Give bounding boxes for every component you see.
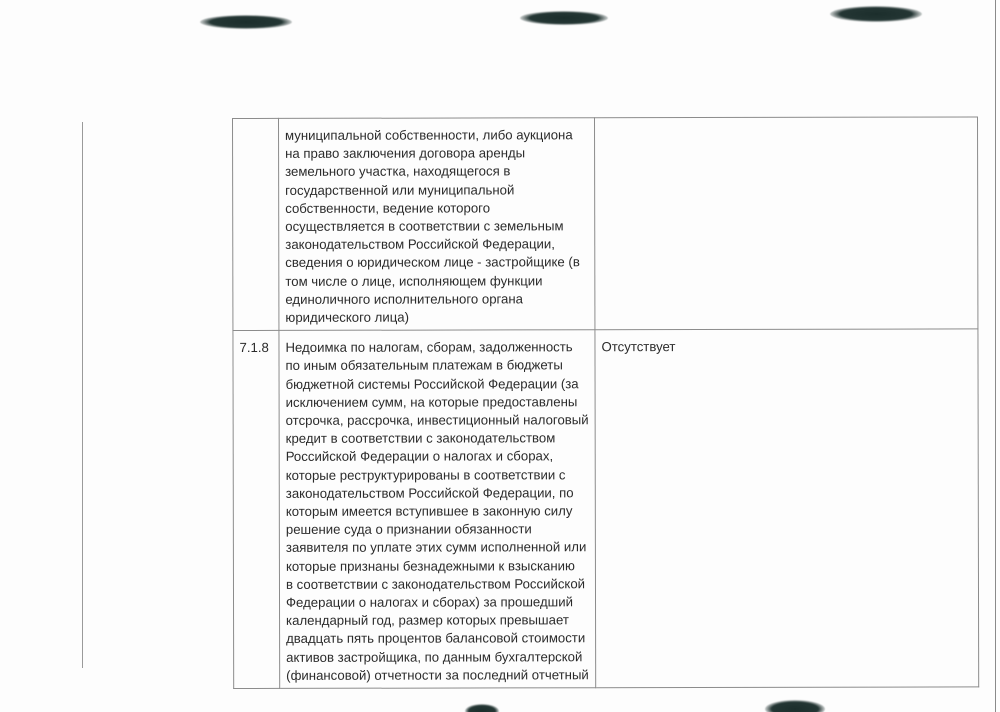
row-description: муниципальной собственности, либо аукцио… (279, 118, 595, 331)
description-line: которые признаны безнадежными к взыскани… (286, 557, 589, 576)
description-line: по иным обязательным платежам в бюджеты (286, 357, 589, 376)
description-line: которые реструктурированы в соответствии… (286, 466, 589, 485)
description-line: юридического лица) (285, 308, 588, 327)
description-line: которым имеется вступившее в законную си… (286, 502, 589, 521)
description-line: единоличного исполнительного органа (285, 290, 588, 309)
description-line: активов застройщика, по данным бухгалтер… (286, 648, 589, 667)
description-line: бюджетной системы Российской Федерации (… (286, 375, 589, 394)
description-line: заявителя по уплате этих сумм исполненно… (286, 539, 589, 558)
description-line: Федерации о налогах и сборах) за прошедш… (286, 593, 589, 612)
description-line: муниципальной собственности, либо аукцио… (285, 126, 588, 145)
description-line: Российской Федерации о налогах и сборах, (286, 448, 589, 467)
description-line: государственной или муниципальной (285, 181, 588, 200)
row-value: Отсутствует (595, 329, 979, 688)
scan-smudge (830, 6, 922, 22)
scan-smudge (200, 15, 292, 29)
row-number (233, 118, 279, 330)
row-value (595, 117, 978, 330)
description-line: законодательством Российской Федерации, (285, 235, 588, 254)
description-line: двадцать пять процентов балансовой стоим… (286, 630, 589, 649)
scan-smudge (520, 11, 608, 25)
scan-smudge (465, 704, 499, 712)
description-line: календарный год, размер которых превышае… (286, 612, 589, 631)
description-line: собственности, ведение которого (285, 199, 588, 218)
table-row: муниципальной собственности, либо аукцио… (233, 117, 978, 331)
description-line: кредит в соответствии с законодательство… (286, 430, 589, 449)
description-line: на право заключения договора аренды (285, 144, 588, 163)
description-line: решение суда о признании обязанности (286, 521, 589, 540)
description-line: земельного участка, находящегося в (285, 163, 588, 182)
description-line: в соответствии с законодательством Росси… (286, 575, 589, 594)
row-description: Недоимка по налогам, сборам, задолженнос… (279, 330, 596, 689)
document-table: муниципальной собственности, либо аукцио… (232, 116, 979, 689)
description-line: том числе о лице, исполняющем функции (285, 272, 588, 291)
description-line: (финансовой) отчетности за последний отч… (286, 666, 589, 685)
row-number: 7.1.8 (233, 331, 280, 689)
page-edge (995, 0, 996, 712)
description-line: сведения о юридическом лице - застройщик… (285, 254, 588, 273)
description-line: Недоимка по налогам, сборам, задолженнос… (285, 338, 588, 357)
description-line: исключением сумм, на которые предоставле… (286, 393, 589, 412)
description-line: законодательством Российской Федерации, … (286, 484, 589, 503)
description-line: отсрочка, рассрочка, инвестиционный нало… (286, 411, 589, 430)
description-line: осуществляется в соответствии с земельны… (285, 217, 588, 236)
page-margin-line (82, 122, 83, 668)
table-row: 7.1.8 Недоимка по налогам, сборам, задол… (233, 329, 979, 688)
scan-smudge (765, 700, 825, 712)
